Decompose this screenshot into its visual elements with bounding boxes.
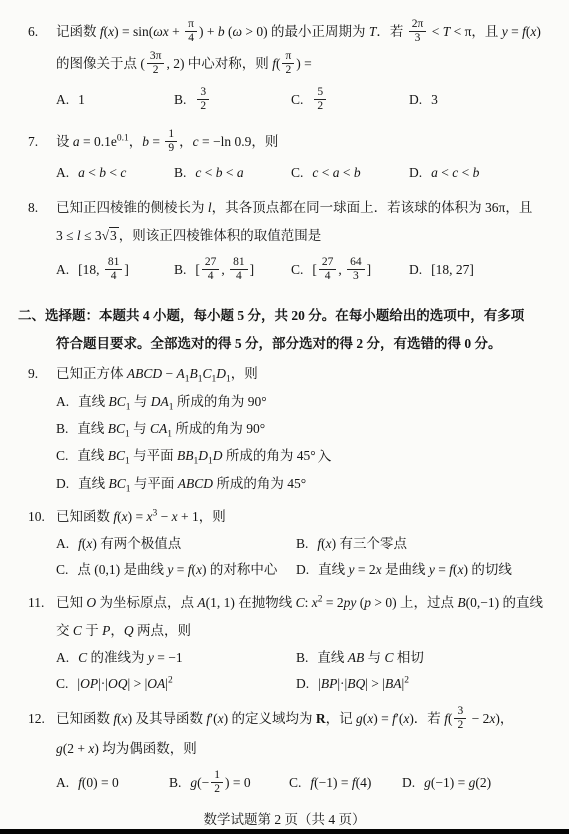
options-row: A.1 B.32 C.52 D.3 [0, 80, 569, 120]
option-label: A. [56, 775, 69, 790]
option-text: f(x) 有两个极值点 [78, 536, 181, 551]
option-d: D.[18, 27] [409, 250, 474, 290]
stem-text: 已知正四棱锥的侧棱长为 l，其各顶点都在同一球面上．若该球的体积为 36π，且 [56, 200, 532, 215]
option-c: C.52 [291, 80, 409, 120]
option-text: 点 (0,1) 是曲线 y = f(x) 的对称中心 [77, 562, 277, 577]
option-text: g(−1) = g(2) [424, 775, 491, 790]
question-9: 9.已知正方体 ABCD − A1B1C1D1，则 A.直线 BC1 与 DA1… [0, 360, 569, 497]
option-d: D.直线 y = 2x 是曲线 y = f(x) 的切线 [296, 557, 569, 583]
option-label: B. [296, 650, 308, 665]
stem-text: g(2 + x) 均为偶函数，则 [56, 741, 197, 756]
option-text: 直线 BC1 与 DA1 所成的角为 90° [78, 394, 267, 409]
question-number: 7. [28, 126, 56, 158]
option-label: B. [296, 536, 308, 551]
option-label: C. [56, 562, 68, 577]
question-7: 7.设 a = 0.1e0.1，b = 19，c = −ln 0.9，则 A.a… [0, 126, 569, 188]
option-label: B. [174, 92, 186, 107]
option-text: [18, 27] [431, 262, 474, 277]
option-d: D.直线 BC1 与平面 ABCD 所成的角为 45° [56, 470, 569, 497]
option-label: D. [402, 775, 415, 790]
option-c: C.直线 BC1 与平面 BB1D1D 所成的角为 45°入 [56, 442, 569, 470]
option-c: C.点 (0,1) 是曲线 y = f(x) 的对称中心 [56, 557, 296, 583]
option-a: A.C 的准线为 y = −1 [56, 645, 296, 671]
page-footer: 数学试题第 2 页（共 4 页） [0, 811, 569, 829]
option-label: C. [289, 775, 301, 790]
stem-text: 交 C 于 P，Q 两点，则 [56, 623, 191, 638]
question-8: 8.已知正四棱锥的侧棱长为 l，其各顶点都在同一球面上．若该球的体积为 36π，… [0, 194, 569, 290]
option-text: f(−1) = f(4) [310, 775, 371, 790]
option-label: D. [296, 676, 309, 691]
option-label: C. [56, 448, 68, 463]
stem-line: g(2 + x) 均为偶函数，则 [0, 735, 569, 763]
option-a: A.直线 BC1 与 DA1 所成的角为 90° [56, 388, 569, 415]
stray-pen-mark: 入 [315, 443, 332, 471]
option-b: B.直线 BC1 与 CA1 所成的角为 90° [56, 415, 569, 442]
question-11: 11.已知 O 为坐标原点，点 A(1, 1) 在抛物线 C: x2 = 2py… [0, 589, 569, 697]
stem-text: 3 ≤ l ≤ 3√3，则该正四棱锥体积的取值范围是 [56, 227, 321, 243]
option-label: A. [56, 262, 69, 277]
options-list: A.直线 BC1 与 DA1 所成的角为 90° B.直线 BC1 与 CA1 … [0, 388, 569, 497]
stem-line: 9.已知正方体 ABCD − A1B1C1D1，则 [0, 360, 569, 388]
option-text: [274, 814] [195, 262, 254, 277]
stem-line: 10.已知函数 f(x) = x3 − x + 1，则 [0, 503, 569, 531]
option-text: |BP|·|BQ| > |BA|2 [318, 676, 409, 691]
option-text: c < a < b [312, 165, 360, 180]
option-b: B.32 [174, 80, 291, 120]
option-label: B. [169, 775, 181, 790]
question-number: 11. [28, 589, 56, 617]
stem-line: 6.记函数 f(x) = sin(ωx + π4) + b (ω > 0) 的最… [0, 16, 569, 48]
option-text: 1 [78, 92, 85, 107]
option-b: B.g(−12) = 0 [169, 763, 289, 803]
option-text: f(x) 有三个零点 [317, 536, 407, 551]
option-text: 32 [195, 92, 211, 107]
option-label: D. [409, 262, 422, 277]
options-grid: A.f(x) 有两个极值点 B.f(x) 有三个零点 C.点 (0,1) 是曲线… [0, 531, 569, 583]
option-text: 3 [431, 92, 438, 107]
option-label: D. [56, 476, 69, 491]
option-d: D.|BP|·|BQ| > |BA|2 [296, 671, 569, 697]
question-number: 8. [28, 194, 56, 222]
option-a: A.f(x) 有两个极值点 [56, 531, 296, 557]
question-number: 10. [28, 503, 56, 531]
option-a: A.f(0) = 0 [56, 763, 169, 803]
option-text: a < b < c [78, 165, 126, 180]
option-label: C. [56, 676, 68, 691]
exam-page: 6.记函数 f(x) = sin(ωx + π4) + b (ω > 0) 的最… [0, 0, 569, 834]
option-label: B. [174, 165, 186, 180]
option-label: B. [174, 262, 186, 277]
option-label: D. [296, 562, 309, 577]
option-d: D.a < c < b [409, 158, 479, 188]
option-label: D. [409, 165, 422, 180]
option-text: |OP|·|OQ| > |OA|2 [77, 676, 172, 691]
stem-line: 8.已知正四棱锥的侧棱长为 l，其各顶点都在同一球面上．若该球的体积为 36π，… [0, 194, 569, 222]
option-text: f(0) = 0 [78, 775, 119, 790]
stem-text: 设 a = 0.1e0.1，b = 19，c = −ln 0.9，则 [56, 134, 278, 149]
option-text: a < c < b [431, 165, 479, 180]
stem-line: 交 C 于 P，Q 两点，则 [0, 617, 569, 645]
question-10: 10.已知函数 f(x) = x3 − x + 1，则 A.f(x) 有两个极值… [0, 503, 569, 583]
option-text: g(−12) = 0 [190, 775, 250, 790]
option-a: A.1 [56, 80, 174, 120]
option-c: C.[274, 643] [291, 250, 409, 290]
options-row: A.a < b < c B.c < b < a C.c < a < b D.a … [0, 158, 569, 188]
option-text: 直线 BC1 与平面 BB1D1D 所成的角为 45° [77, 448, 315, 463]
section-header-line2: 符合题目要求。全部选对的得 5 分，部分选对的得 2 分，有选错的得 0 分。 [0, 330, 569, 358]
options-row: A.[18, 814] B.[274, 814] C.[274, 643] D.… [0, 250, 569, 290]
question-number: 12. [28, 703, 56, 735]
stem-line: 3 ≤ l ≤ 3√3，则该正四棱锥体积的取值范围是 [0, 222, 569, 250]
stem-line: 12.已知函数 f(x) 及其导函数 f′(x) 的定义域均为 R，记 g(x)… [0, 703, 569, 735]
stem-text: 已知 O 为坐标原点，点 A(1, 1) 在抛物线 C: x2 = 2py (p… [56, 595, 543, 610]
stem-text: 的图像关于点 (3π2, 2) 中心对称，则 f(π2) = [56, 56, 312, 71]
option-d: D.3 [409, 80, 438, 120]
section-header: 二、选择题：本题共 4 小题，每小题 5 分，共 20 分。在每小题给出的选项中… [0, 302, 569, 358]
stem-text: 已知函数 f(x) = x3 − x + 1，则 [56, 509, 226, 524]
stem-text: 记函数 f(x) = sin(ωx + π4) + b (ω > 0) 的最小正… [56, 24, 541, 39]
option-b: B.[274, 814] [174, 250, 291, 290]
option-label: C. [291, 262, 303, 277]
stem-text: 已知正方体 ABCD − A1B1C1D1，则 [56, 366, 258, 381]
option-text: 直线 y = 2x 是曲线 y = f(x) 的切线 [318, 562, 512, 577]
question-number: 9. [28, 360, 56, 388]
option-text: 52 [312, 92, 328, 107]
option-c: C.c < a < b [291, 158, 409, 188]
option-label: B. [56, 421, 68, 436]
option-text: C 的准线为 y = −1 [78, 650, 183, 665]
stem-line: 7.设 a = 0.1e0.1，b = 19，c = −ln 0.9，则 [0, 126, 569, 158]
option-text: 直线 BC1 与平面 ABCD 所成的角为 45° [78, 476, 306, 491]
question-6: 6.记函数 f(x) = sin(ωx + π4) + b (ω > 0) 的最… [0, 16, 569, 120]
options-grid: A.C 的准线为 y = −1 B.直线 AB 与 C 相切 C.|OP|·|O… [0, 645, 569, 697]
option-text: [274, 643] [312, 262, 371, 277]
option-label: A. [56, 394, 69, 409]
option-c: C.f(−1) = f(4) [289, 763, 402, 803]
option-label: A. [56, 92, 69, 107]
option-label: D. [409, 92, 422, 107]
option-b: B.直线 AB 与 C 相切 [296, 645, 569, 671]
option-label: C. [291, 165, 303, 180]
option-label: A. [56, 165, 69, 180]
option-text: 直线 BC1 与 CA1 所成的角为 90° [77, 421, 265, 436]
option-label: A. [56, 536, 69, 551]
option-text: [18, 814] [78, 262, 129, 277]
stem-line: 的图像关于点 (3π2, 2) 中心对称，则 f(π2) = [0, 48, 569, 80]
bottom-edge-rule [0, 829, 569, 834]
option-label: C. [291, 92, 303, 107]
stem-text: 已知函数 f(x) 及其导函数 f′(x) 的定义域均为 R，记 g(x) = … [56, 711, 513, 726]
option-c: C.|OP|·|OQ| > |OA|2 [56, 671, 296, 697]
option-b: B.f(x) 有三个零点 [296, 531, 569, 557]
option-text: 直线 AB 与 C 相切 [317, 650, 424, 665]
option-a: A.[18, 814] [56, 250, 174, 290]
question-number: 6. [28, 16, 56, 48]
stem-line: 11.已知 O 为坐标原点，点 A(1, 1) 在抛物线 C: x2 = 2py… [0, 589, 569, 617]
options-row: A.f(0) = 0 B.g(−12) = 0 C.f(−1) = f(4) D… [0, 763, 569, 803]
option-d: D.g(−1) = g(2) [402, 763, 491, 803]
option-label: A. [56, 650, 69, 665]
question-12: 12.已知函数 f(x) 及其导函数 f′(x) 的定义域均为 R，记 g(x)… [0, 703, 569, 803]
option-text: c < b < a [195, 165, 243, 180]
option-a: A.a < b < c [56, 158, 174, 188]
option-b: B.c < b < a [174, 158, 291, 188]
section-header-line1: 二、选择题：本题共 4 小题，每小题 5 分，共 20 分。在每小题给出的选项中… [0, 302, 569, 330]
